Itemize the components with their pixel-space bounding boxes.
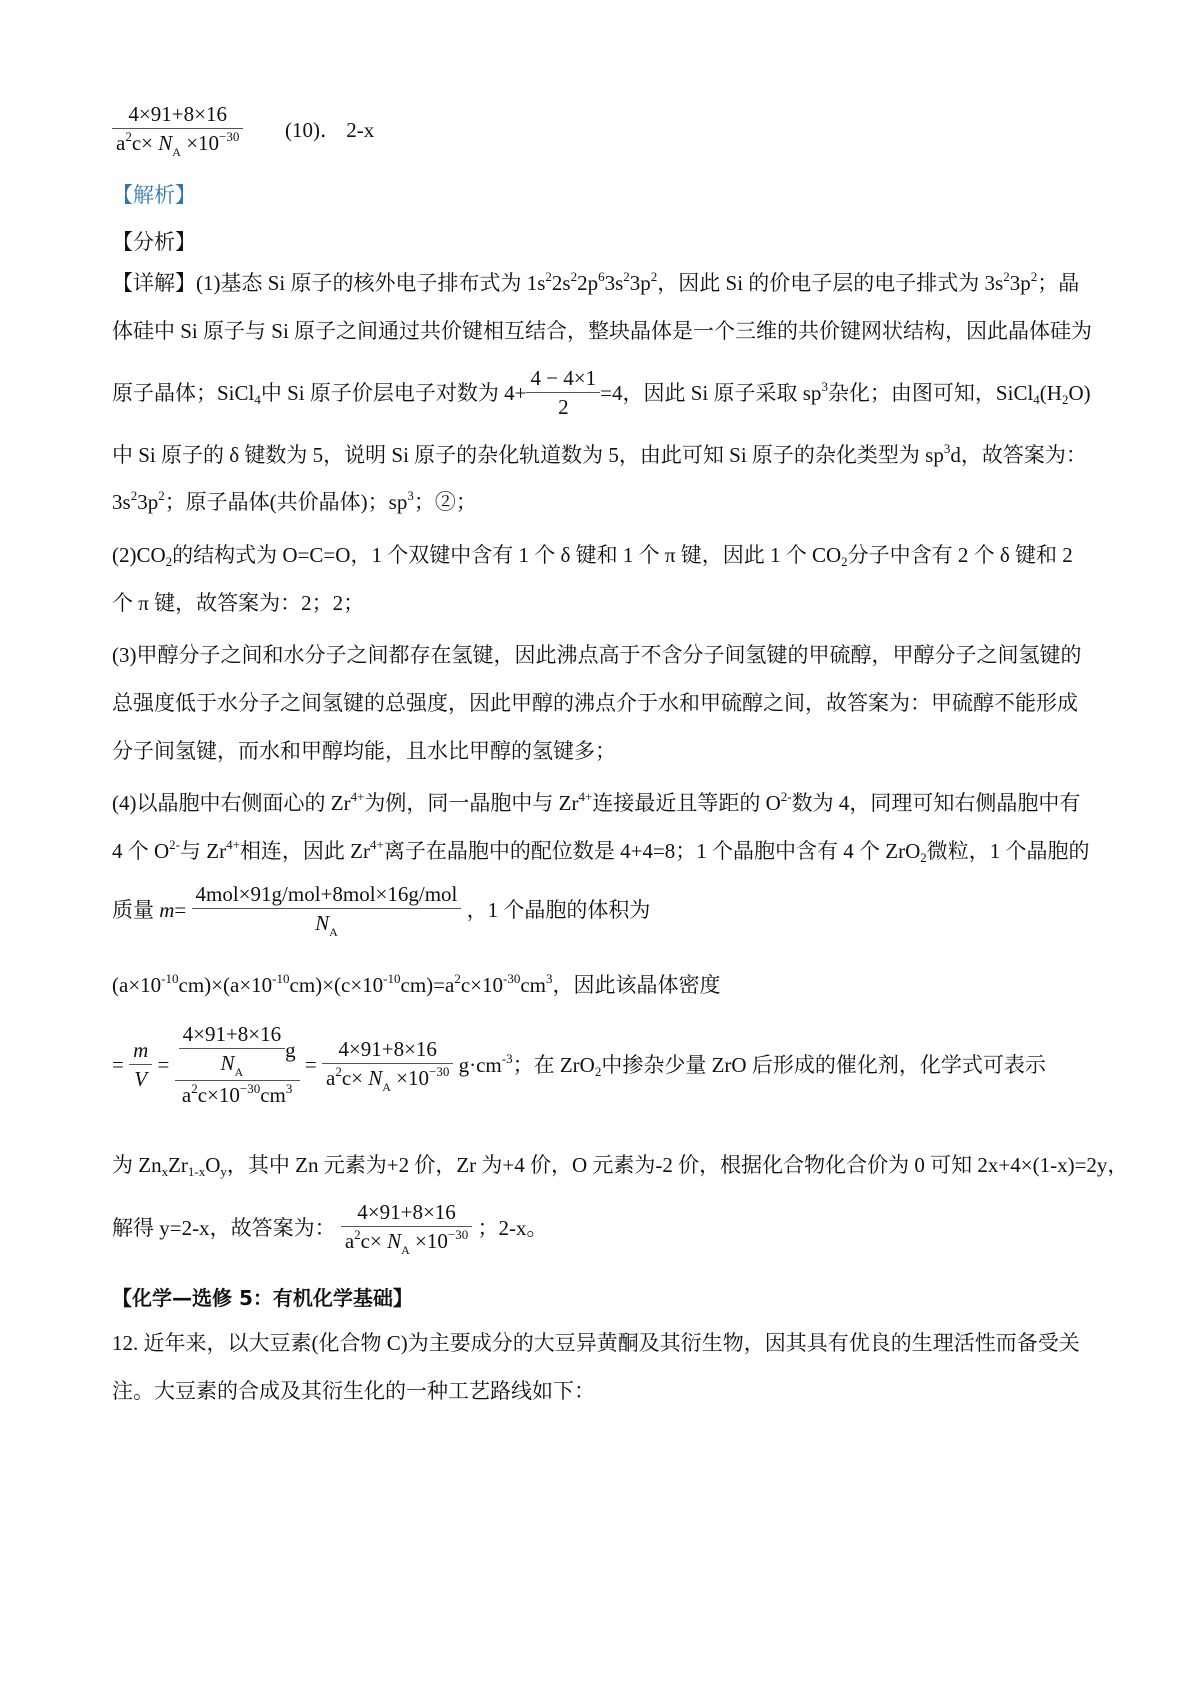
answer-10-label: (10)．	[285, 118, 341, 142]
question12-line2: 注。大豆素的合成及其衍生化的一种工艺路线如下：	[112, 1376, 1102, 1406]
section-title: 【化学—选修 5：有机化学基础】	[112, 1283, 1102, 1313]
final-answer-line: 解得 y=2-x，故答案为： 4×91+8×16 a2c× NA ×10−30 …	[112, 1198, 547, 1258]
answer-9-fraction: 4×91+8×16 a2c× NA ×10−30	[112, 100, 243, 160]
part1-line2: 体硅中 Si 原子与 Si 原子之间通过共价键相互结合，整块晶体是一个三维的共价…	[112, 316, 1102, 346]
density-fraction: 4×91+8×16 a2c× NA ×10−30	[322, 1035, 453, 1095]
answer-10-value: 2-x	[346, 118, 374, 142]
part3-line3: 分子间氢键，而水和甲醇均能，且水比甲醇的氢键多；	[112, 736, 1102, 766]
part3-line1: (3)甲醇分子之间和水分子之间都存在氢键，因此沸点高于不含分子间氢键的甲硫醇，甲…	[112, 640, 1102, 670]
final-answer-fraction: 4×91+8×16 a2c× NA ×10−30	[341, 1198, 472, 1258]
heading-jiexi: 【解析】	[112, 180, 1102, 210]
question12-line1: 12. 近年来，以大豆素(化合物 C)为主要成分的大豆异黄酮及其衍生物，因其具有…	[112, 1328, 1102, 1358]
density-formula: = m V = 4×91+8×16 NA g a2c×10−30cm3 = 4×…	[112, 1020, 1046, 1109]
mass-fraction: 4mol×91g/mol+8mol×16g/mol NA	[192, 880, 462, 940]
part1-line3: 原子晶体；SiCl4中 Si 原子价层电子对数为 4+4 − 4×12=4，因此…	[112, 364, 1102, 420]
part2-line1: (2)CO2的结构式为 O=C=O，1 个双键中含有 1 个 δ 键和 1 个 …	[112, 540, 1102, 570]
heading-xiangjie: 【详解】	[112, 271, 196, 295]
part2-line2: 个 π 键，故答案为：2；2；	[112, 588, 1102, 618]
fraction-numerator: 4×91+8×16	[112, 100, 243, 128]
part4-line1: (4)以晶胞中右侧面心的 Zr4+为例，同一晶胞中与 Zr4+连接最近且等距的 …	[112, 788, 1102, 818]
part4-line2: 4 个 O2-与 Zr4+相连，因此 Zr4+离子在晶胞中的配位数是 4+4=8…	[112, 836, 1102, 866]
heading-fenxi: 【分析】	[112, 227, 1102, 257]
fraction-denominator: a2c× NA ×10−30	[112, 129, 243, 160]
m-over-v: m V	[129, 1036, 152, 1093]
electron-pair-fraction: 4 − 4×12	[526, 364, 600, 421]
part1-line1: 【详解】(1)基态 Si 原子的核外电子排布式为 1s22s22p63s23p2…	[112, 268, 1102, 298]
formula-line: 为 ZnxZr1-xOy，其中 Zn 元素为+2 价，Zr 为+4 价，O 元素…	[112, 1150, 1102, 1180]
compound-fraction: 4×91+8×16 NA g a2c×10−30cm3	[175, 1020, 300, 1109]
part1-line4: 中 Si 原子的 δ 键数为 5，说明 Si 原子的杂化轨道数为 5，由此可知 …	[112, 440, 1102, 470]
mass-formula: 质量 m= 4mol×91g/mol+8mol×16g/mol NA ，1 个晶…	[112, 880, 650, 940]
document-page: 4×91+8×16 a2c× NA ×10−30 (10)． 2-x 【解析】 …	[0, 0, 1200, 1698]
volume-formula: (a×10-10cm)×(a×10-10cm)×(c×10-10cm)=a2c×…	[112, 970, 1102, 1000]
part3-line2: 总强度低于水分子之间氢键的总强度，因此甲醇的沸点介于水和甲硫醇之间，故答案为：甲…	[112, 688, 1102, 718]
answer-10: (10)． 2-x	[285, 115, 374, 145]
part1-line5: 3s23p2；原子晶体(共价晶体)；sp3；②；	[112, 487, 1102, 517]
